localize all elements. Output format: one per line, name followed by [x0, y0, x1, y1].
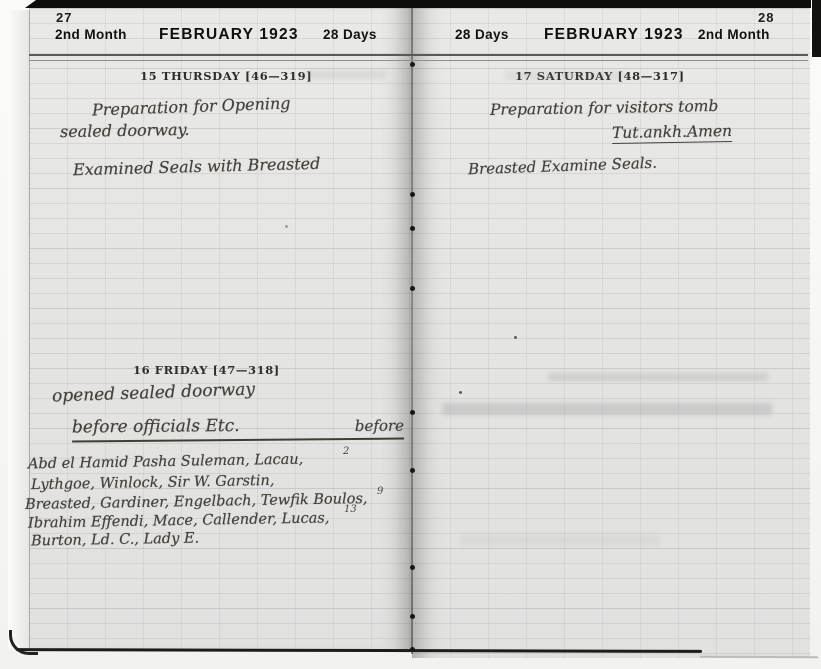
right-page-number: 28: [758, 10, 774, 25]
handwriting-superscript-count: 2: [343, 446, 349, 457]
left-month-title: FEBRUARY 1923: [159, 26, 299, 44]
day-header-thursday: 15 THURSDAY [46—319]: [140, 69, 312, 83]
page-bottom-corner: [9, 630, 38, 655]
stitch-dot: [410, 647, 415, 652]
stitch-dot: [410, 614, 415, 619]
stitch-dot: [410, 286, 415, 291]
day-header-friday: 16 FRIDAY [47—318]: [133, 363, 280, 377]
handwriting-friday-names5: Burton, Ld. C., Lady E.: [31, 531, 199, 550]
scan-edge-right: [812, 0, 821, 57]
handwriting-thursday-line2: sealed doorway.: [60, 120, 190, 141]
handwriting-friday-line2a: before officials Etc.: [72, 416, 240, 437]
bleed-through-smudge: [460, 535, 660, 545]
diary-scan: 27 2nd Month FEBRUARY 1923 28 Days 28 Da…: [0, 0, 821, 669]
handwriting-friday-line2b: before: [355, 417, 404, 435]
left-page-number: 27: [56, 10, 72, 25]
stitch-dot: [410, 410, 415, 415]
stitch-dot: [410, 468, 415, 473]
handwriting-superscript-count: 9: [377, 486, 383, 497]
left-days-label: 28 Days: [323, 27, 377, 42]
dust-speck: [459, 391, 462, 394]
bleed-through-smudge: [442, 403, 772, 415]
dust-speck: [514, 336, 517, 339]
stitch-dot: [410, 226, 415, 231]
scan-edge-top: [5, 0, 811, 8]
right-days-label: 28 Days: [455, 27, 509, 42]
handwriting-superscript-count: 13: [344, 504, 357, 515]
handwriting-friday-underlined-row: before officials Etc. before: [72, 415, 404, 443]
right-month-title: FEBRUARY 1923: [544, 26, 684, 44]
page-edge-left: [8, 10, 30, 648]
dust-speck: [285, 225, 288, 228]
right-month-label: 2nd Month: [698, 27, 770, 42]
page-bottom-edge: [16, 648, 702, 653]
bleed-through-smudge: [306, 70, 386, 79]
bleed-through-smudge: [548, 373, 768, 381]
bleed-through-smudge: [505, 71, 625, 80]
left-month-label: 2nd Month: [55, 27, 127, 42]
stitch-dot: [410, 565, 415, 570]
binding-crease: [411, 8, 413, 654]
header-divider-rule: [29, 54, 808, 61]
handwriting-saturday-line2: Tut.ankh.Amen: [612, 122, 732, 144]
stitch-dot: [410, 62, 415, 67]
stitch-dot: [410, 192, 415, 197]
